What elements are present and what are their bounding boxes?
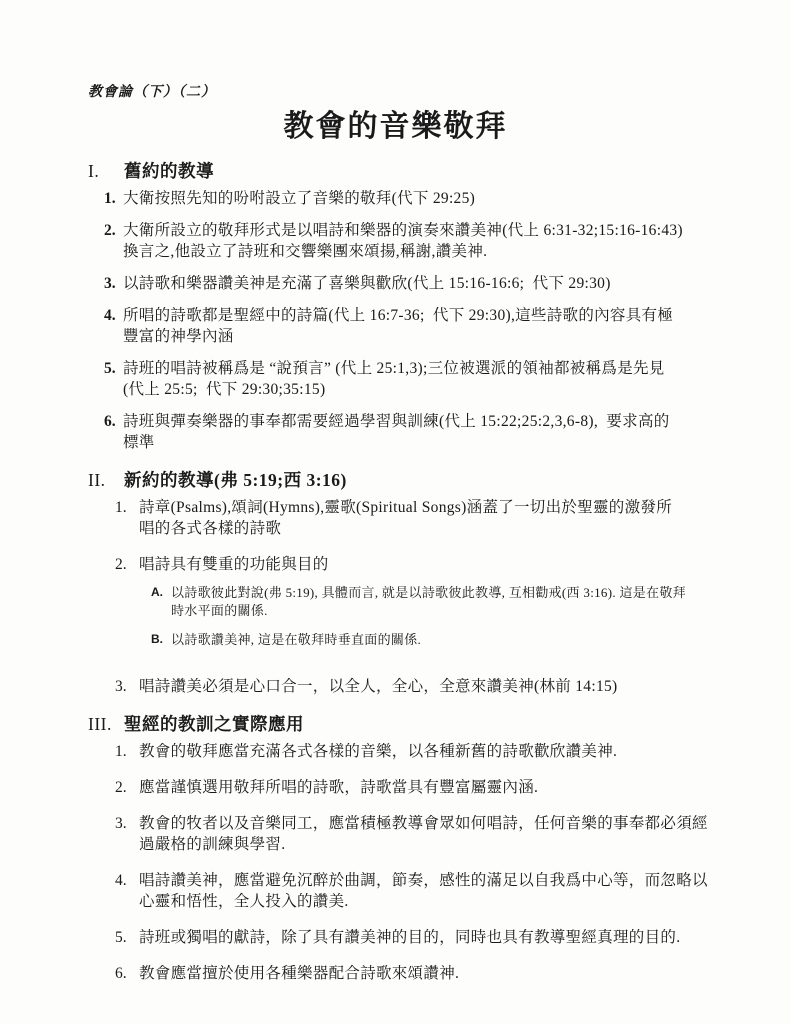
item-text: 唱詩讚美神，應當避免沉醉於曲調，節奏，感性的滿足以自我爲中心等，而忽略以 心靈和… [139,870,708,912]
section-heading: III.聖經的教訓之實際應用 [88,713,739,736]
item-text: 應當謹慎選用敬拜所唱的詩歌，詩歌當具有豐富屬靈內涵. [139,777,538,798]
item-number: 6. [104,411,123,432]
list-item: 3. 唱詩讚美必須是心口合一，以全人，全心，全意來讚美神(林前 14:15) [115,676,739,697]
item-text: 詩班或獨唱的獻詩，除了具有讚美神的目的，同時也具有教導聖經真理的目的. [139,927,680,948]
list-item: 2. 大衛所設立的敬拜形式是以唱詩和樂器的演奏來讚美神(代上 6:31-32;1… [104,220,739,262]
item-number: 1. [104,188,123,209]
item-text: 詩章(Psalms),頌詞(Hymns),靈歌(Spiritual Songs)… [139,497,672,539]
item-text: 教會的牧者以及音樂同工，應當積極教導會眾如何唱詩，任何音樂的事奉都必須經 過嚴格… [139,813,708,855]
item-number: 5. [115,927,139,948]
item-number: 2. [115,554,139,575]
doc-header: 教會論（下）（二） [88,84,791,102]
item-text: 教會應當擅於使用各種樂器配合詩歌來頌讚神. [139,963,459,984]
list-item: 6. 教會應當擅於使用各種樂器配合詩歌來頌讚神. [115,963,739,984]
item-number: 6. [115,963,139,984]
item-text: 唱詩讚美必須是心口合一，以全人，全心，全意來讚美神(林前 14:15) [139,676,618,697]
list-item: 2. 唱詩具有雙重的功能與目的 A. 以詩歌彼此對說(弗 5:19), 具體而言… [115,554,739,661]
item-number: 2. [115,777,139,798]
item-number: 1. [115,497,139,518]
item-text: 大衛所設立的敬拜形式是以唱詩和樂器的演奏來讚美神(代上 6:31-32;15:1… [123,220,683,262]
list-item: 4. 唱詩讚美神，應當避免沉醉於曲調，節奏，感性的滿足以自我爲中心等，而忽略以 … [115,870,739,912]
list-item: 3. 以詩歌和樂器讚美神是充滿了喜樂與歡欣(代上 15:16-16:6; 代下 … [104,273,739,294]
item-number: 1. [115,741,139,762]
document-page: 教會論（下）（二） 教會的音樂敬拜 I.舊約的教導 1. 大衛按照先知的吩咐設立… [0,0,791,1024]
section-label: III. [88,713,124,736]
item-number: 5. [104,358,123,379]
item-number: 4. [115,870,139,891]
item-number: 2. [104,220,123,241]
item-list: 1. 大衛按照先知的吩咐設立了音樂的敬拜(代下 29:25) 2. 大衛所設立的… [88,188,739,453]
item-body: 唱詩具有雙重的功能與目的 A. 以詩歌彼此對說(弗 5:19), 具體而言, 就… [139,554,739,661]
page-title: 教會的音樂敬拜 [0,108,791,146]
item-list: 1. 詩章(Psalms),頌詞(Hymns),靈歌(Spiritual Son… [88,497,739,697]
document-content: I.舊約的教導 1. 大衛按照先知的吩咐設立了音樂的敬拜(代下 29:25) 2… [88,160,739,984]
item-number: 3. [115,676,139,697]
item-text: 大衛按照先知的吩咐設立了音樂的敬拜(代下 29:25) [123,188,475,209]
item-number: 3. [115,813,139,834]
section-title: 聖經的教訓之實際應用 [124,714,304,734]
list-item: 5. 詩班或獨唱的獻詩，除了具有讚美神的目的，同時也具有教導聖經真理的目的. [115,927,739,948]
section-practical-application: III.聖經的教訓之實際應用 1. 教會的敬拜應當充滿各式各樣的音樂，以各種新舊… [88,713,739,984]
list-item: 1. 詩章(Psalms),頌詞(Hymns),靈歌(Spiritual Son… [115,497,739,539]
subitem-text: 以詩歌讚美神, 這是在敬拜時垂直面的關係. [171,631,421,649]
section-heading: I.舊約的教導 [88,160,739,183]
section-title: 舊約的教導 [124,161,214,181]
item-text: 教會的敬拜應當充滿各式各樣的音樂，以各種新舊的詩歌歡欣讚美神. [139,741,617,762]
section-new-testament: II.新約的教導(弗 5:19;西 3:16) 1. 詩章(Psalms),頌詞… [88,469,739,697]
subitem-letter: B. [151,631,171,649]
subitem: A. 以詩歌彼此對說(弗 5:19), 具體而言, 就是以詩歌彼此教導, 互相勸… [151,584,739,619]
list-item: 1. 大衛按照先知的吩咐設立了音樂的敬拜(代下 29:25) [104,188,739,209]
item-number: 3. [104,273,123,294]
list-item: 6. 詩班與彈奏樂器的事奉都需要經過學習與訓練(代上 15:22;25:2,3,… [104,411,739,453]
item-number: 4. [104,305,123,326]
subitem-list: A. 以詩歌彼此對說(弗 5:19), 具體而言, 就是以詩歌彼此教導, 互相勸… [151,584,739,649]
list-item: 1. 教會的敬拜應當充滿各式各樣的音樂，以各種新舊的詩歌歡欣讚美神. [115,741,739,762]
item-text: 唱詩具有雙重的功能與目的 [139,554,739,575]
list-item: 2. 應當謹慎選用敬拜所唱的詩歌，詩歌當具有豐富屬靈內涵. [115,777,739,798]
subitem-letter: A. [151,584,171,602]
item-list: 1. 教會的敬拜應當充滿各式各樣的音樂，以各種新舊的詩歌歡欣讚美神. 2. 應當… [88,741,739,984]
section-label: II. [88,469,124,492]
list-item: 5. 詩班的唱詩被稱爲是 “說預言” (代上 25:1,3);三位被選派的領袖都… [104,358,739,400]
item-text: 所唱的詩歌都是聖經中的詩篇(代上 16:7-36; 代下 29:30),這些詩歌… [123,305,673,347]
subitem: B. 以詩歌讚美神, 這是在敬拜時垂直面的關係. [151,631,739,649]
list-item: 3. 教會的牧者以及音樂同工，應當積極教導會眾如何唱詩，任何音樂的事奉都必須經 … [115,813,739,855]
section-title: 新約的教導(弗 5:19;西 3:16) [124,470,347,490]
item-text: 以詩歌和樂器讚美神是充滿了喜樂與歡欣(代上 15:16-16:6; 代下 29:… [123,273,611,294]
section-label: I. [88,160,124,183]
item-text: 詩班的唱詩被稱爲是 “說預言” (代上 25:1,3);三位被選派的領袖都被稱爲… [123,358,665,400]
subitem-text: 以詩歌彼此對說(弗 5:19), 具體而言, 就是以詩歌彼此教導, 互相勸戒(西… [171,584,686,619]
section-heading: II.新約的教導(弗 5:19;西 3:16) [88,469,739,492]
item-text: 詩班與彈奏樂器的事奉都需要經過學習與訓練(代上 15:22;25:2,3,6-8… [123,411,670,453]
list-item: 4. 所唱的詩歌都是聖經中的詩篇(代上 16:7-36; 代下 29:30),這… [104,305,739,347]
section-old-testament: I.舊約的教導 1. 大衛按照先知的吩咐設立了音樂的敬拜(代下 29:25) 2… [88,160,739,453]
